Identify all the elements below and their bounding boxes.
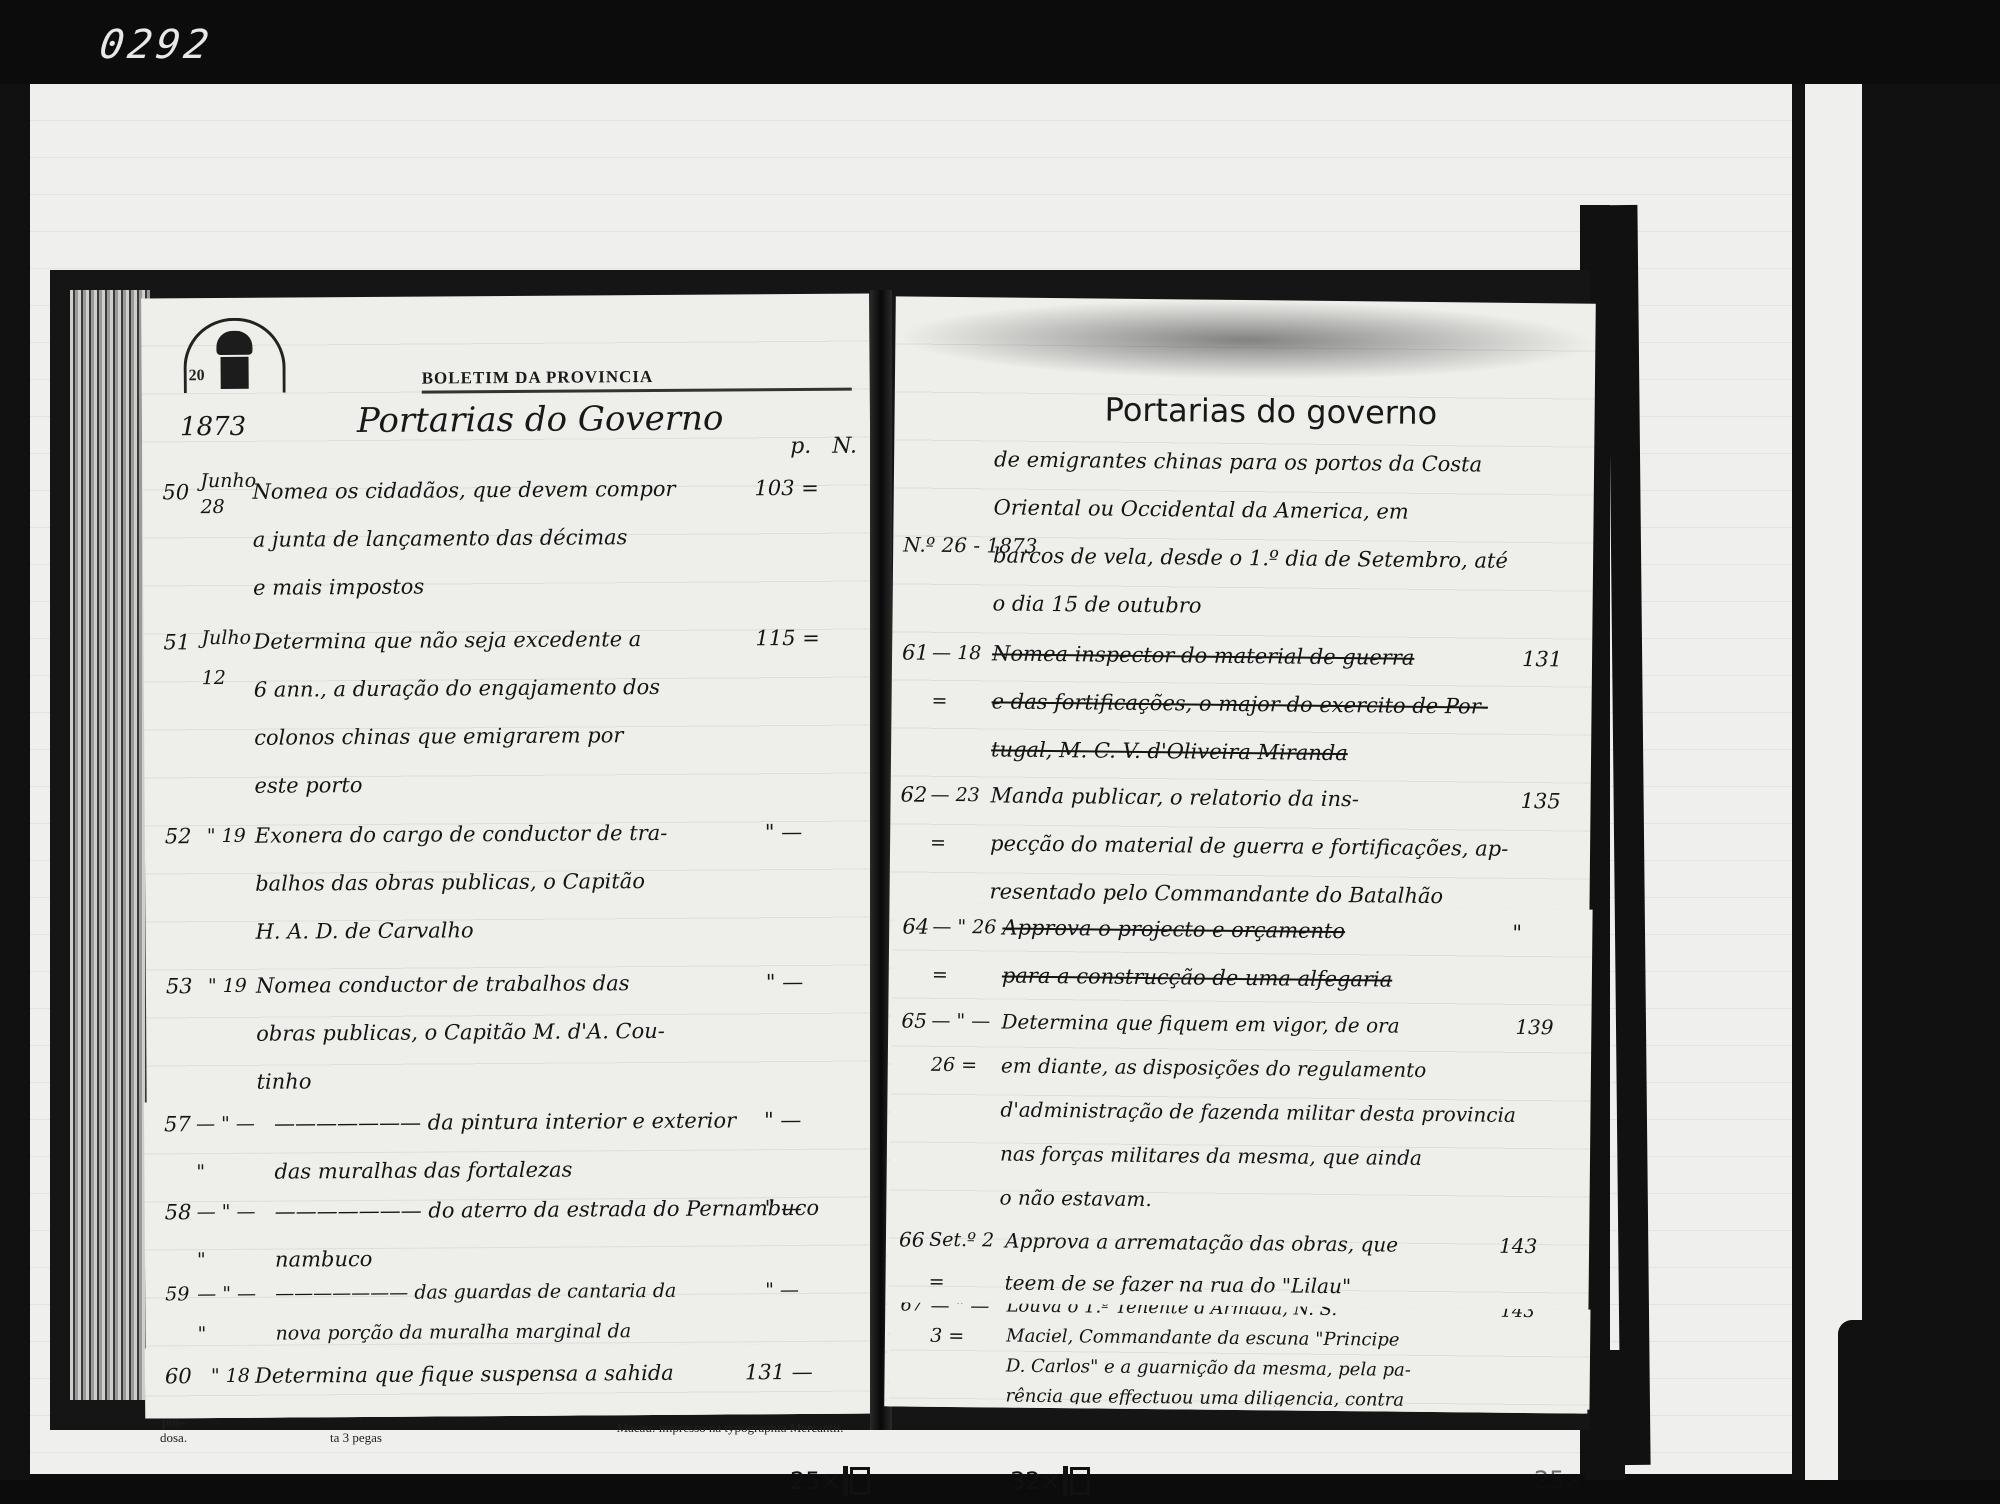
entry-page-ref: 131 xyxy=(1522,635,1563,683)
printed-footer-fragment: dosa. xyxy=(160,1430,187,1446)
ledger-entry: 53 " 19 Nomea conductor de trabalhos das… xyxy=(146,957,874,962)
reduction-box-icon xyxy=(850,1467,870,1495)
entry-text: Nomea conductor de trabalhos das obras p… xyxy=(256,959,666,1106)
entry-text: Determina que fique suspensa a sahida xyxy=(255,1349,674,1400)
stacked-page-edges xyxy=(70,290,150,1400)
entry-page-ref: 139 xyxy=(1515,1005,1554,1049)
printed-footer-imprint: Macau: impresso na typographia Mercantil… xyxy=(600,1420,860,1436)
entry-number: 60 xyxy=(165,1352,215,1400)
entry-date: — " 26 = xyxy=(932,903,1003,1000)
entry-text: Louva o 1.º Tenente d'Armada, N. S. Maci… xyxy=(1005,1302,1412,1409)
entry-page-ref: 135 xyxy=(1520,777,1561,825)
reduction-ratio-mark: 32× xyxy=(1010,1466,1090,1496)
entry-page-ref: " — xyxy=(766,958,804,1006)
film-bottom-border xyxy=(0,1480,2000,1504)
reduction-ratio-label: 25× xyxy=(790,1467,841,1495)
printed-footer-fragment: pos- xyxy=(162,1414,184,1430)
page-title: Portarias do Governo xyxy=(357,398,724,441)
entry-text: Approva a arrematação das obras, que tee… xyxy=(1004,1220,1398,1308)
stamp-value: 20 xyxy=(189,367,205,385)
entry-date: — " — 3 = xyxy=(930,1302,1001,1351)
crown-icon xyxy=(216,331,252,355)
film-corner-shadow xyxy=(1838,1320,1868,1490)
film-right-border xyxy=(1862,84,2000,1504)
entry-date: — " — " xyxy=(197,1274,268,1354)
entry-text: Approva o projecto e orçamento para a co… xyxy=(1002,904,1393,1004)
ledger-entry-continued: de emigrantes chinas para os portos da C… xyxy=(894,434,1594,441)
left-ledger-page-bottom: 60 " 18 Determina que fique suspensa a s… xyxy=(145,1343,873,1418)
column-mark-number: N. xyxy=(832,434,857,459)
margin-note: N.º 26 - 1873 xyxy=(903,532,1037,557)
entry-page-ref: 115 = xyxy=(755,614,820,662)
entry-page-ref: " — xyxy=(765,1270,799,1310)
printed-footer-fragment: ta 3 pegas xyxy=(330,1430,382,1446)
entry-text: ——————— da pintura interior e exterior d… xyxy=(274,1097,737,1195)
book-corner-shadow xyxy=(1585,1350,1625,1480)
entry-date: — " — " xyxy=(196,1100,267,1196)
entry-page-ref: 143 xyxy=(1499,1225,1538,1267)
reduction-ratio-mark: 25× xyxy=(790,1466,870,1496)
entry-page-ref: " — xyxy=(765,808,803,856)
entry-text: Nomea inspector do material de guerra e … xyxy=(991,629,1489,778)
film-frame-number: 0292 xyxy=(97,22,216,68)
film-divider-bar xyxy=(1792,84,1804,1484)
entry-date: — " — 26 = xyxy=(931,999,1002,1088)
column-mark-page: p. xyxy=(790,434,811,459)
film-right-strip xyxy=(1805,84,1862,1484)
entry-page-ref: 103 = xyxy=(754,464,819,512)
ledger-entry: 60 " 18 Determina que fique suspensa a s… xyxy=(145,1347,873,1352)
reduction-box-icon xyxy=(1070,1467,1090,1495)
entry-page-ref: " xyxy=(1512,909,1522,957)
reduction-ratio-mark: 25× xyxy=(1534,1466,1585,1494)
ledger-entry: 50 Junho 28 Nomea os cidadãos, que devem… xyxy=(142,463,870,468)
entry-date: — " — " xyxy=(197,1188,268,1284)
ledger-entry: 51 Julho 12 Determina que não seja exced… xyxy=(143,613,871,618)
reduction-ratio-label: 32× xyxy=(1010,1467,1061,1495)
reduction-tick-icon xyxy=(843,1466,848,1496)
entry-date: Set.º 2 = xyxy=(928,1219,999,1304)
top-edge-shadow xyxy=(895,296,1596,383)
entry-text: Nomea os cidadãos, que devem compor a ju… xyxy=(252,465,676,612)
reduction-ratio-label: 25× xyxy=(1534,1466,1585,1494)
coat-of-arms-stamp: 20 xyxy=(183,318,286,394)
shield-icon xyxy=(221,357,249,389)
entry-page-ref: " — xyxy=(764,1184,802,1232)
reduction-tick-icon xyxy=(1063,1466,1068,1496)
printed-header: BOLETIM DA PROVINCIA xyxy=(422,366,852,394)
entry-text: de emigrantes chinas para os portos da C… xyxy=(992,435,1509,632)
right-ledger-page-bottom: 67 — " — 3 = Louva o 1.º Tenente d'Armad… xyxy=(889,1302,1590,1409)
film-left-border xyxy=(0,84,30,1504)
entry-page-ref: " — xyxy=(764,1097,802,1144)
page-title: Portarias do governo xyxy=(1104,391,1437,432)
ledger-year: 1873 xyxy=(180,412,246,442)
entry-text: Determina que fiquem em vigor, de ora em… xyxy=(999,999,1517,1224)
entry-text: ——————— do aterro da estrada do Pernambu… xyxy=(275,1184,820,1284)
entry-page-ref: 131 — xyxy=(745,1348,813,1396)
entry-text: Determina que não seja excedente a 6 ann… xyxy=(253,615,660,810)
entry-text: Exonera do cargo de conductor de tra- ba… xyxy=(255,809,668,956)
